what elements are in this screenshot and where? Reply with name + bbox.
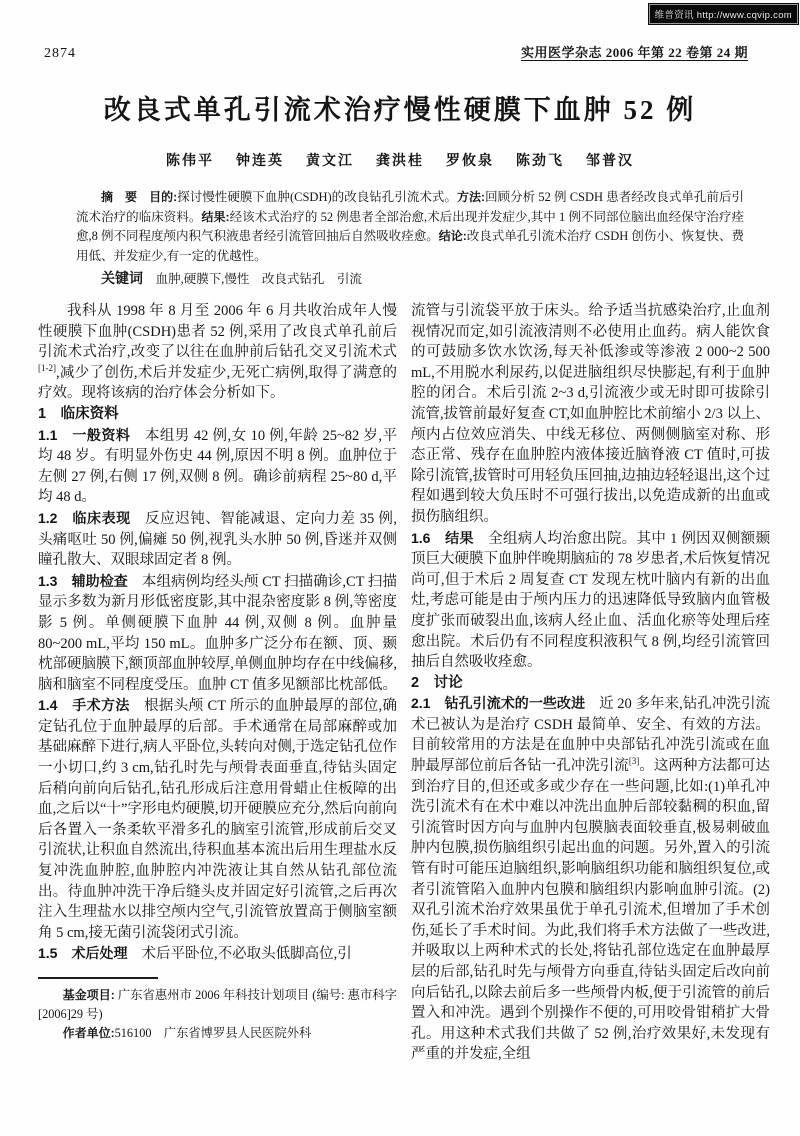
paragraph: 我科从 1998 年 8 月至 2006 年 6 月共收治成年人慢性硬膜下血肿(… — [38, 301, 397, 404]
paragraph: 2.1 钻孔引流术的一些改进 近 20 多年来,钻孔冲洗引流术已被认为是治疗 C… — [411, 693, 770, 1065]
paragraph-label: 2.1 钻孔引流术的一些改进 — [411, 695, 599, 711]
paragraph: 1.6 结果 全组病人均治愈出院。其中 1 例因双侧额颞顶巨大硬膜下血肿伴晚期脑… — [411, 528, 770, 673]
body-columns: 我科从 1998 年 8 月至 2006 年 6 月共收治成年人慢性硬膜下血肿(… — [0, 289, 800, 1065]
keywords-text: 血肿,硬膜下,慢性 改良式钻孔 引流 — [156, 272, 362, 286]
abstract-text: 探讨慢性硬膜下血肿(CSDH)的改良钻孔引流术式。 — [177, 190, 457, 204]
cqvip-watermark-badge: 维普资讯 http://www.cqvip.com — [649, 4, 798, 24]
paragraph-label: 1.2 临床表现 — [38, 510, 145, 526]
abstract-label: 目的: — [149, 190, 177, 204]
paragraph: 1.3 辅助检查 本组病例均经头颅 CT 扫描确诊,CT 扫描显示多数为新月形低… — [38, 571, 397, 696]
section-heading: 2 讨论 — [411, 673, 770, 694]
paragraph: 1.5 术后处理 术后平卧位,不必取头低脚高位,引 — [38, 943, 397, 965]
page-number: 2874 — [44, 46, 76, 62]
paragraph-label: 1.1 一般资料 — [38, 427, 145, 443]
right-column-text: 流管与引流袋平放于床头。给予适当抗感染治疗,止血剂视情况而定,如引流液清则不必使… — [411, 301, 770, 1065]
footnote-line: 基金项目: 广东省惠州市 2006 年科技计划项目 (编号: 惠市科字[2006… — [38, 986, 397, 1024]
author-name: 龚洪桂 — [376, 150, 424, 170]
section-heading: 1 临床资料 — [38, 404, 397, 425]
paragraph: 流管与引流袋平放于床头。给予适当抗感染治疗,止血剂视情况而定,如引流液清则不必使… — [411, 301, 770, 528]
abstract-label: 方法: — [457, 190, 485, 204]
abstract-paragraph: 摘 要 目的:探讨慢性硬膜下血肿(CSDH)的改良钻孔引流术式。方法:回顾分析 … — [76, 188, 744, 266]
journal-reference: 实用医学杂志 2006 年第 22 卷第 24 期 — [521, 42, 748, 61]
footnote-lines: 基金项目: 广东省惠州市 2006 年科技计划项目 (编号: 惠市科字[2006… — [38, 986, 397, 1043]
paragraph-label: 1.5 术后处理 — [38, 945, 141, 961]
abstract-label: 结论: — [439, 229, 467, 243]
paragraph: 1.1 一般资料 本组男 42 例,女 10 例,年龄 25~82 岁,平均 4… — [38, 425, 397, 508]
paragraph-label: 1.4 手术方法 — [38, 697, 144, 713]
author-list: 陈伟平钟连英黄文江龚洪桂罗攸泉陈劲飞邹普汉 — [0, 150, 800, 170]
keywords-line: 关键词血肿,硬膜下,慢性 改良式钻孔 引流 — [76, 269, 744, 289]
article-title: 改良式单孔引流术治疗慢性硬膜下血肿 52 例 — [40, 92, 760, 128]
paragraph-label: 1.6 结果 — [411, 530, 488, 546]
reference-marker: [3] — [629, 756, 640, 766]
left-column: 我科从 1998 年 8 月至 2006 年 6 月共收治成年人慢性硬膜下血肿(… — [38, 301, 397, 1065]
journal-page: 维普资讯 http://www.cqvip.com 2874 实用医学杂志 20… — [0, 0, 800, 1136]
footnote: 基金项目: 广东省惠州市 2006 年科技计划项目 (编号: 惠市科字[2006… — [38, 977, 397, 1043]
author-name: 邹普汉 — [586, 150, 634, 170]
author-name: 陈劲飞 — [516, 150, 564, 170]
footnote-label: 基金项目: — [63, 988, 115, 1002]
footnote-label: 作者单位: — [63, 1026, 115, 1040]
reference-marker: [1-2] — [38, 363, 56, 373]
footnote-line: 作者单位:516100 广东省博罗县人民医院外科 — [38, 1024, 397, 1043]
paragraph-label: 1.3 辅助检查 — [38, 573, 142, 589]
author-name: 黄文江 — [306, 150, 354, 170]
author-name: 钟连英 — [236, 150, 284, 170]
right-column: 流管与引流袋平放于床头。给予适当抗感染治疗,止血剂视情况而定,如引流液清则不必使… — [411, 301, 770, 1065]
abstract-label: 结果: — [201, 210, 229, 224]
paragraph: 1.4 手术方法 根据头颅 CT 所示的血肿最厚的部位,确定钻孔位于血肿最厚的后… — [38, 695, 397, 943]
author-name: 罗攸泉 — [446, 150, 494, 170]
abstract-label: 摘 要 — [101, 190, 149, 204]
left-column-text: 我科从 1998 年 8 月至 2006 年 6 月共收治成年人慢性硬膜下血肿(… — [38, 301, 397, 965]
keywords-label: 关键词 — [101, 270, 143, 286]
author-name: 陈伟平 — [166, 150, 214, 170]
paragraph: 1.2 临床表现 反应迟钝、智能减退、定向力差 35 例,头痛呕吐 50 例,偏… — [38, 508, 397, 571]
footnote-divider — [38, 977, 158, 979]
